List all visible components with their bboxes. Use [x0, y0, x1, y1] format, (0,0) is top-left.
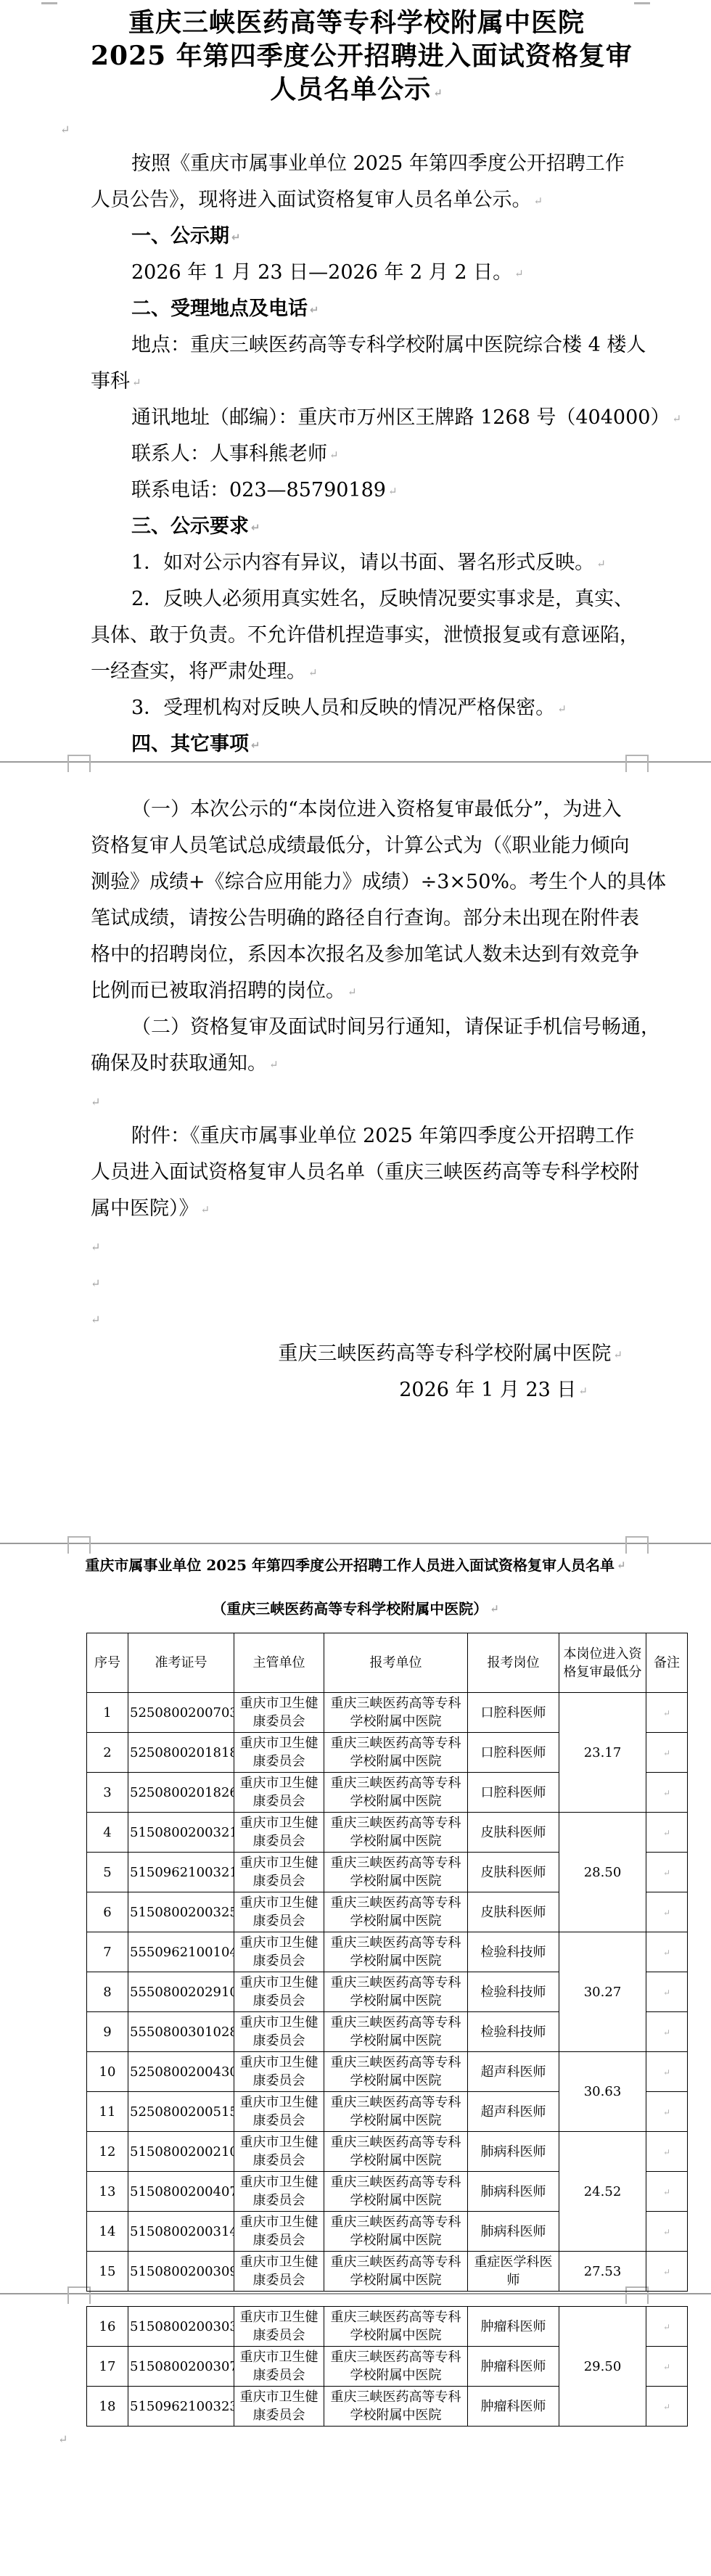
location-line: 事科	[91, 364, 622, 400]
cell-unit: 重庆三峡医药高等专科学校附属中医院	[324, 2172, 468, 2212]
cell-remark	[646, 2387, 688, 2427]
column-header: 报考单位	[324, 1633, 468, 1693]
cell-seq: 14	[87, 2212, 128, 2252]
cell-ticket: 5550800301028	[128, 2012, 234, 2052]
cell-remark	[646, 1972, 688, 2012]
cell-min-score: 29.50	[559, 2307, 646, 2427]
attachment-reference: 人员进入面试资格复审人员名单（重庆三峡医药高等专科学校附	[91, 1154, 622, 1191]
cell-position: 肺病科医师	[468, 2172, 559, 2212]
document-page: 重庆三峡医药高等专科学校附属中医院 2025 年第四季度公开招聘进入面试资格复审…	[0, 0, 711, 2576]
cell-supervisor: 重庆市卫生健康委员会	[234, 2012, 324, 2052]
cell-seq: 5	[87, 1853, 128, 1892]
table-row: 15250800200703重庆市卫生健康委员会重庆三峡医药高等专科学校附属中医…	[87, 1693, 688, 1733]
cell-min-score: 23.17	[559, 1693, 646, 1813]
cell-seq: 6	[87, 1892, 128, 1932]
roster-table-page-1: 序号准考证号主管单位报考单位报考岗位本岗位进入资格复审最低分备注15250800…	[86, 1633, 711, 2292]
requirement-item-2: 2．反映人必须用真实姓名，反映情况要实事求是，真实、	[91, 581, 622, 618]
cell-remark	[646, 2132, 688, 2172]
section-heading-2: 二、受理地点及电话	[91, 291, 622, 327]
cell-supervisor: 重庆市卫生健康委员会	[234, 1892, 324, 1932]
cell-unit: 重庆三峡医药高等专科学校附属中医院	[324, 1972, 468, 2012]
column-header: 备注	[646, 1633, 688, 1693]
cell-unit: 重庆三峡医药高等专科学校附属中医院	[324, 2052, 468, 2092]
cell-min-score: 28.50	[559, 1813, 646, 1932]
requirement-item-2: 一经查实，将严肃处理。	[91, 654, 622, 690]
page-margin-mark	[67, 1536, 91, 1554]
other-item-1: 测验》成绩+《综合应用能力》成绩）÷3×50%。考生个人的具体	[91, 864, 622, 901]
contact-phone: 联系电话：023—85790189	[91, 472, 622, 509]
section-heading-4: 四、其它事项	[91, 726, 622, 763]
table-subtitle: （重庆三峡医药高等专科学校附属中医院）	[0, 1597, 711, 1620]
cell-position: 肿瘤科医师	[468, 2387, 559, 2427]
cell-ticket: 5150800200407	[128, 2172, 234, 2212]
table-row: 75550962100104重庆市卫生健康委员会重庆三峡医药高等专科学校附属中医…	[87, 1932, 688, 1972]
cell-position: 口腔科医师	[468, 1773, 559, 1813]
cell-seq: 18	[87, 2387, 128, 2427]
cell-supervisor: 重庆市卫生健康委员会	[234, 1813, 324, 1853]
cell-ticket: 5150962100323	[128, 2387, 234, 2427]
cell-position: 检验科技师	[468, 1972, 559, 2012]
pilcrow-icon	[60, 110, 622, 146]
cell-min-score: 27.53	[559, 2252, 646, 2292]
cell-supervisor: 重庆市卫生健康委员会	[234, 2132, 324, 2172]
page-title: 重庆三峡医药高等专科学校附属中医院	[91, 6, 622, 39]
cell-supervisor: 重庆市卫生健康委员会	[234, 1773, 324, 1813]
requirement-item-3: 3．受理机构对反映人员和反映的情况严格保密。	[91, 690, 622, 726]
cell-seq: 8	[87, 1972, 128, 2012]
cell-remark	[646, 1892, 688, 1932]
cell-ticket: 5150800200303	[128, 2307, 234, 2347]
signature-date: 2026 年 1 月 23 日	[91, 1372, 622, 1408]
cell-seq: 13	[87, 2172, 128, 2212]
cell-position: 肺病科医师	[468, 2132, 559, 2172]
cell-min-score: 30.27	[559, 1932, 646, 2052]
page-title: 人员名单公示	[91, 73, 622, 110]
cell-supervisor: 重庆市卫生健康委员会	[234, 2052, 324, 2092]
page-title: 2025 年第四季度公开招聘进入面试资格复审	[91, 39, 622, 73]
applicants-table: 序号准考证号主管单位报考单位报考岗位本岗位进入资格复审最低分备注15250800…	[86, 1633, 688, 2292]
cell-remark	[646, 2092, 688, 2132]
cell-seq: 11	[87, 2092, 128, 2132]
cell-ticket: 5250800200430	[128, 2052, 234, 2092]
cell-supervisor: 重庆市卫生健康委员会	[234, 1733, 324, 1773]
cell-remark	[646, 1932, 688, 1972]
cell-unit: 重庆三峡医药高等专科学校附属中医院	[324, 2012, 468, 2052]
cell-ticket: 5150800200321	[128, 1813, 234, 1853]
mailing-address: 通讯地址（邮编）：重庆市万州区王牌路 1268 号（404000）	[91, 400, 622, 436]
cell-ticket: 5550962100104	[128, 1932, 234, 1972]
cell-unit: 重庆三峡医药高等专科学校附属中医院	[324, 2092, 468, 2132]
cell-unit: 重庆三峡医药高等专科学校附属中医院	[324, 1693, 468, 1733]
cell-supervisor: 重庆市卫生健康委员会	[234, 1853, 324, 1892]
announcement-body: 重庆三峡医药高等专科学校附属中医院 2025 年第四季度公开招聘进入面试资格复审…	[0, 0, 711, 1408]
cell-position: 检验科技师	[468, 1932, 559, 1972]
cell-position: 皮肤科医师	[468, 1853, 559, 1892]
cell-supervisor: 重庆市卫生健康委员会	[234, 2387, 324, 2427]
cell-ticket: 5150800200210	[128, 2132, 234, 2172]
pilcrow-icon	[58, 2432, 67, 2446]
cell-unit: 重庆三峡医药高等专科学校附属中医院	[324, 1773, 468, 1813]
cell-seq: 2	[87, 1733, 128, 1773]
cell-remark	[646, 1853, 688, 1892]
cell-remark	[646, 1813, 688, 1853]
other-item-1: 笔试成绩，请按公告明确的路径自行查询。部分未出现在附件表	[91, 901, 622, 937]
table-row: 165150800200303重庆市卫生健康委员会重庆三峡医药高等专科学校附属中…	[87, 2307, 688, 2347]
table-row: 45150800200321重庆市卫生健康委员会重庆三峡医药高等专科学校附属中医…	[87, 1813, 688, 1853]
cell-seq: 15	[87, 2252, 128, 2292]
cell-remark	[646, 2212, 688, 2252]
cell-supervisor: 重庆市卫生健康委员会	[234, 1972, 324, 2012]
cell-supervisor: 重庆市卫生健康委员会	[234, 1932, 324, 1972]
header-row: 序号准考证号主管单位报考单位报考岗位本岗位进入资格复审最低分备注	[87, 1633, 688, 1693]
cell-unit: 重庆三峡医药高等专科学校附属中医院	[324, 1853, 468, 1892]
cell-seq: 17	[87, 2347, 128, 2387]
attachment-reference: 附件：《重庆市属事业单位 2025 年第四季度公开招聘工作	[91, 1118, 622, 1154]
requirement-item-2: 具体、敢于负责。不允许借机捏造事实，泄愤报复或有意诬陷，	[91, 618, 622, 654]
column-header: 主管单位	[234, 1633, 324, 1693]
cell-unit: 重庆三峡医药高等专科学校附属中医院	[324, 2132, 468, 2172]
column-header: 准考证号	[128, 1633, 234, 1693]
page-margin-mark	[625, 1536, 649, 1554]
cell-unit: 重庆三峡医药高等专科学校附属中医院	[324, 2212, 468, 2252]
cell-remark	[646, 1693, 688, 1733]
cell-ticket: 5250800200515	[128, 2092, 234, 2132]
cell-seq: 4	[87, 1813, 128, 1853]
cell-unit: 重庆三峡医药高等专科学校附属中医院	[324, 1733, 468, 1773]
section-heading-1: 一、公示期	[91, 218, 622, 255]
cell-supervisor: 重庆市卫生健康委员会	[234, 2307, 324, 2347]
cell-position: 检验科技师	[468, 2012, 559, 2052]
cell-supervisor: 重庆市卫生健康委员会	[234, 1693, 324, 1733]
cell-supervisor: 重庆市卫生健康委员会	[234, 2212, 324, 2252]
pilcrow-icon	[91, 1227, 622, 1263]
page-break-line	[0, 1543, 711, 1544]
cell-unit: 重庆三峡医药高等专科学校附属中医院	[324, 2387, 468, 2427]
cell-supervisor: 重庆市卫生健康委员会	[234, 2172, 324, 2212]
cell-unit: 重庆三峡医药高等专科学校附属中医院	[324, 2252, 468, 2292]
requirement-item-1: 1．如对公示内容有异议，请以书面、署名形式反映。	[91, 545, 622, 581]
cell-ticket: 5250800201826	[128, 1773, 234, 1813]
column-header: 本岗位进入资格复审最低分	[559, 1633, 646, 1693]
cell-ticket: 5150800200307	[128, 2347, 234, 2387]
cell-seq: 16	[87, 2307, 128, 2347]
roster-section: 重庆市属事业单位 2025 年第四季度公开招聘工作人员进入面试资格复审人员名单 …	[0, 1554, 711, 2427]
other-item-1: 资格复审人员笔试总成绩最低分，计算公式为（《职业能力倾向	[91, 828, 622, 864]
cell-unit: 重庆三峡医药高等专科学校附属中医院	[324, 1932, 468, 1972]
signature-org: 重庆三峡医药高等专科学校附属中医院	[91, 1336, 622, 1372]
cell-min-score: 30.63	[559, 2052, 646, 2132]
column-header: 序号	[87, 1633, 128, 1693]
cell-unit: 重庆三峡医药高等专科学校附属中医院	[324, 1813, 468, 1853]
cell-position: 肿瘤科医师	[468, 2307, 559, 2347]
cell-unit: 重庆三峡医药高等专科学校附属中医院	[324, 2347, 468, 2387]
cell-position: 肺病科医师	[468, 2212, 559, 2252]
location-line: 地点：重庆三峡医药高等专科学校附属中医院综合楼 4 楼人	[91, 327, 622, 364]
cell-ticket: 5150800200309	[128, 2252, 234, 2292]
cell-supervisor: 重庆市卫生健康委员会	[234, 2252, 324, 2292]
other-item-2: 确保及时获取通知。	[91, 1046, 622, 1082]
pilcrow-icon	[91, 1300, 622, 1336]
cell-ticket: 5250800200703	[128, 1693, 234, 1733]
cell-ticket: 5150962100321	[128, 1853, 234, 1892]
cell-position: 超声科医师	[468, 2092, 559, 2132]
cell-seq: 1	[87, 1693, 128, 1733]
cell-position: 超声科医师	[468, 2052, 559, 2092]
pilcrow-icon	[91, 1263, 622, 1300]
cell-position: 口腔科医师	[468, 1693, 559, 1733]
cell-ticket: 5150800200325	[128, 1892, 234, 1932]
cell-ticket: 5550800202910	[128, 1972, 234, 2012]
cell-seq: 7	[87, 1932, 128, 1972]
attachment-reference: 属中医院）》	[91, 1191, 622, 1227]
intro-paragraph: 人员公告》，现将进入面试资格复审人员名单公示。	[91, 182, 622, 218]
cell-ticket: 5250800201818	[128, 1733, 234, 1773]
table-row: 105250800200430重庆市卫生健康委员会重庆三峡医药高等专科学校附属中…	[87, 2052, 688, 2092]
contact-person: 联系人：人事科熊老师	[91, 436, 622, 472]
cell-unit: 重庆三峡医药高等专科学校附属中医院	[324, 2307, 468, 2347]
cell-seq: 10	[87, 2052, 128, 2092]
publicity-period: 2026 年 1 月 23 日—2026 年 2 月 2 日。	[91, 255, 622, 291]
roster-table-page-2: 165150800200303重庆市卫生健康委员会重庆三峡医药高等专科学校附属中…	[86, 2306, 711, 2427]
cell-remark	[646, 2012, 688, 2052]
cell-seq: 9	[87, 2012, 128, 2052]
other-item-2: （二）资格复审及面试时间另行通知，请保证手机信号畅通，	[91, 1009, 622, 1046]
cell-seq: 12	[87, 2132, 128, 2172]
other-item-1: （一）本次公示的“本岗位进入资格复审最低分”，为进入	[91, 792, 622, 828]
cell-min-score: 24.52	[559, 2132, 646, 2252]
cell-position: 肿瘤科医师	[468, 2347, 559, 2387]
cell-position: 口腔科医师	[468, 1733, 559, 1773]
intro-paragraph: 按照《重庆市属事业单位 2025 年第四季度公开招聘工作	[91, 146, 622, 182]
cell-remark	[646, 2307, 688, 2347]
pilcrow-icon	[91, 1082, 622, 1118]
cell-unit: 重庆三峡医药高等专科学校附属中医院	[324, 1892, 468, 1932]
cell-remark	[646, 2052, 688, 2092]
other-item-1: 格中的招聘岗位，系因本次报名及参加笔试人数未达到有效竞争	[91, 937, 622, 973]
cell-remark	[646, 1773, 688, 1813]
cell-position: 重症医学科医师	[468, 2252, 559, 2292]
column-header: 报考岗位	[468, 1633, 559, 1693]
cell-position: 皮肤科医师	[468, 1813, 559, 1853]
cell-supervisor: 重庆市卫生健康委员会	[234, 2347, 324, 2387]
cell-remark	[646, 2252, 688, 2292]
cell-remark	[646, 2172, 688, 2212]
other-item-1: 比例而已被取消招聘的岗位。	[91, 973, 622, 1009]
table-title: 重庆市属事业单位 2025 年第四季度公开招聘工作人员进入面试资格复审人员名单	[0, 1554, 711, 1577]
cell-ticket: 5150800200314	[128, 2212, 234, 2252]
table-row: 125150800200210重庆市卫生健康委员会重庆三峡医药高等专科学校附属中…	[87, 2132, 688, 2172]
table-row: 155150800200309重庆市卫生健康委员会重庆三峡医药高等专科学校附属中…	[87, 2252, 688, 2292]
cell-position: 皮肤科医师	[468, 1892, 559, 1932]
cell-supervisor: 重庆市卫生健康委员会	[234, 2092, 324, 2132]
cell-remark	[646, 2347, 688, 2387]
cell-seq: 3	[87, 1773, 128, 1813]
section-heading-3: 三、公示要求	[91, 509, 622, 545]
applicants-table: 165150800200303重庆市卫生健康委员会重庆三峡医药高等专科学校附属中…	[86, 2306, 688, 2427]
cell-remark	[646, 1733, 688, 1773]
